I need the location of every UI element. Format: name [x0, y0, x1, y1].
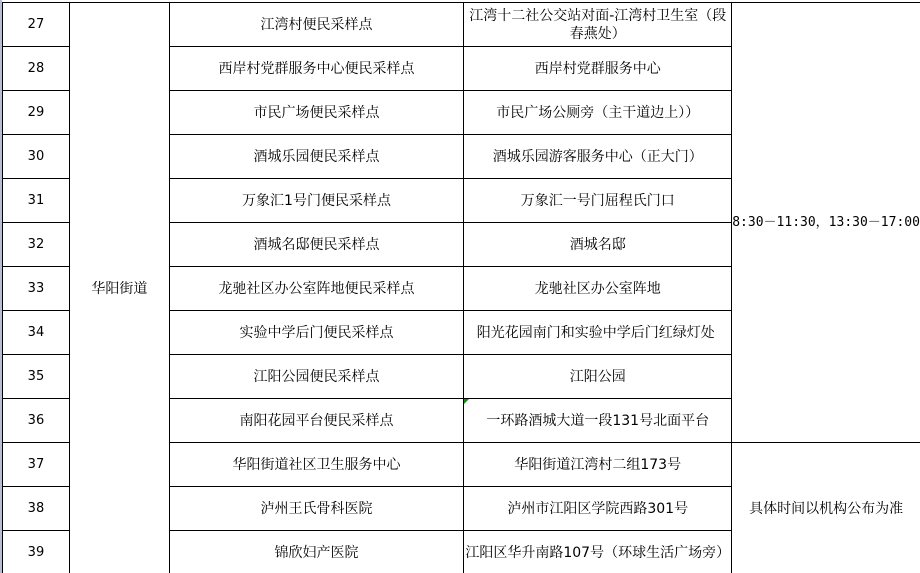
address-cell[interactable]: 万象汇一号门屈程氏门口 — [464, 179, 732, 223]
row-number-cell[interactable]: 27 — [3, 3, 70, 47]
site-name-cell[interactable]: 华阳街道社区卫生服务中心 — [169, 443, 464, 487]
address-cell[interactable]: 市民广场公厕旁（主干道边上）） — [464, 91, 732, 135]
table-row: 27 华阳街道 江湾村便民采样点 江湾十二社公交站对面-江湾村卫生室（段春燕处）… — [3, 3, 920, 47]
address-cell[interactable]: 酒城名邸 — [464, 223, 732, 267]
address-cell[interactable]: 西岸村党群服务中心 — [464, 47, 732, 91]
row-number-cell[interactable]: 37 — [3, 443, 70, 487]
hours-cell[interactable]: 8:30－11:30，13:30－17:00 — [732, 3, 920, 443]
hours-cell[interactable]: 具体时间以机构公布为准 — [732, 443, 920, 573]
site-name-cell[interactable]: 实验中学后门便民采样点 — [169, 311, 464, 355]
address-cell[interactable]: 江湾十二社公交站对面-江湾村卫生室（段春燕处） — [464, 3, 732, 47]
row-number-cell[interactable]: 36 — [3, 399, 70, 443]
row-number-cell[interactable]: 33 — [3, 267, 70, 311]
site-name-cell[interactable]: 江湾村便民采样点 — [169, 3, 464, 47]
address-cell[interactable]: 江阳公园 — [464, 355, 732, 399]
address-cell[interactable]: 龙驰社区办公室阵地 — [464, 267, 732, 311]
site-name-cell[interactable]: 锦欣妇产医院 — [169, 531, 464, 573]
row-number-cell[interactable]: 31 — [3, 179, 70, 223]
site-name-cell[interactable]: 酒城乐园便民采样点 — [169, 135, 464, 179]
site-name-cell[interactable]: 酒城名邸便民采样点 — [169, 223, 464, 267]
site-name-cell[interactable]: 南阳花园平台便民采样点 — [169, 399, 464, 443]
site-name-cell[interactable]: 龙驰社区办公室阵地便民采样点 — [169, 267, 464, 311]
row-number-cell[interactable]: 30 — [3, 135, 70, 179]
row-number-cell[interactable]: 32 — [3, 223, 70, 267]
sampling-sites-table: 27 华阳街道 江湾村便民采样点 江湾十二社公交站对面-江湾村卫生室（段春燕处）… — [2, 2, 920, 573]
address-cell[interactable]: 酒城乐园游客服务中心（正大门） — [464, 135, 732, 179]
address-cell[interactable]: 华阳街道江湾村二组173号 — [464, 443, 732, 487]
street-cell[interactable]: 华阳街道 — [69, 3, 169, 573]
site-name-cell[interactable]: 泸州王氏骨科医院 — [169, 487, 464, 531]
row-number-cell[interactable]: 29 — [3, 91, 70, 135]
address-cell[interactable]: 江阳区华升南路107号（环球生活广场旁） — [464, 531, 732, 573]
address-cell[interactable]: 一环路酒城大道一段131号北面平台 — [464, 399, 732, 443]
address-cell[interactable]: 阳光花园南门和实验中学后门红绿灯处 — [464, 311, 732, 355]
address-cell[interactable]: 泸州市江阳区学院西路301号 — [464, 487, 732, 531]
site-name-cell[interactable]: 市民广场便民采样点 — [169, 91, 464, 135]
comment-marker-icon — [464, 399, 469, 404]
site-name-cell[interactable]: 西岸村党群服务中心便民采样点 — [169, 47, 464, 91]
row-number-cell[interactable]: 38 — [3, 487, 70, 531]
site-name-cell[interactable]: 万象汇1号门便民采样点 — [169, 179, 464, 223]
row-number-cell[interactable]: 39 — [3, 531, 70, 573]
address-text: 一环路酒城大道一段131号北面平台 — [486, 413, 709, 429]
site-name-cell[interactable]: 江阳公园便民采样点 — [169, 355, 464, 399]
row-number-cell[interactable]: 28 — [3, 47, 70, 91]
row-number-cell[interactable]: 34 — [3, 311, 70, 355]
row-number-cell[interactable]: 35 — [3, 355, 70, 399]
